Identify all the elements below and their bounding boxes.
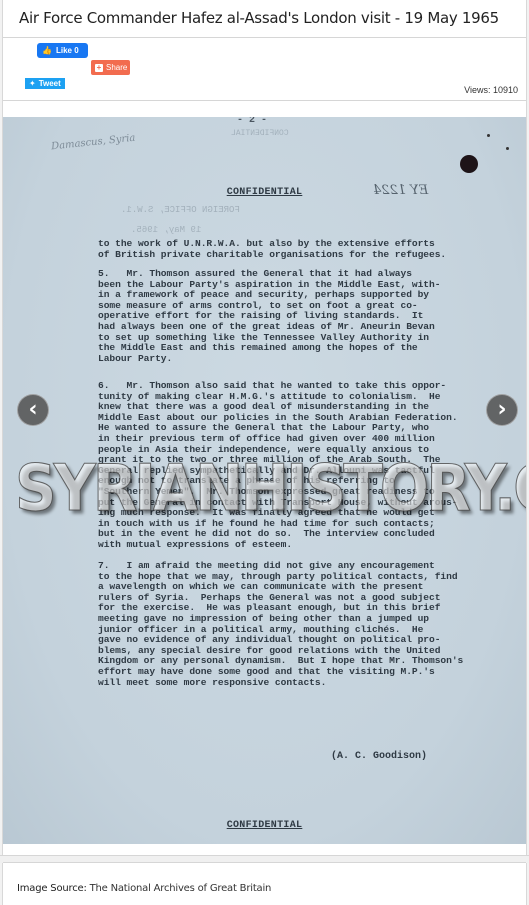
ink-dot bbox=[506, 147, 509, 150]
next-slide-button[interactable]: › bbox=[486, 394, 518, 426]
paragraph-5: 5. Mr. Thomson assured the General that … bbox=[98, 269, 503, 364]
document-image: - 2 - CONFIDENTIAL Damascus, Syria CONFI… bbox=[3, 117, 526, 844]
image-source: Image Source: The National Archives of G… bbox=[17, 883, 271, 894]
chevron-right-icon: › bbox=[497, 397, 506, 422]
title-bar: Air Force Commander Hafez al-Assad's Lon… bbox=[3, 0, 526, 38]
like-label: Like 0 bbox=[56, 43, 79, 58]
signature: (A. C. Goodison) bbox=[331, 751, 427, 762]
ghost-date: 19 May, 1965. bbox=[131, 225, 201, 235]
ink-dot bbox=[487, 134, 490, 137]
source-value: The National Archives of Great Britain bbox=[90, 883, 272, 894]
paragraph-7: 7. I am afraid the meeting did not give … bbox=[98, 561, 503, 688]
confidential-heading: CONFIDENTIAL bbox=[3, 187, 526, 198]
handwritten-note: Damascus, Syria bbox=[51, 133, 136, 153]
ink-blot bbox=[460, 155, 478, 173]
thumbs-up-icon: 👍 bbox=[42, 43, 52, 58]
previous-slide-button[interactable]: ‹ bbox=[17, 394, 49, 426]
facebook-like-button[interactable]: 👍 Like 0 bbox=[37, 43, 88, 58]
source-card: Image Source: The National Archives of G… bbox=[3, 862, 526, 905]
plus-icon: + bbox=[95, 64, 103, 72]
confidential-footer: CONFIDENTIAL bbox=[3, 820, 526, 831]
tweet-button[interactable]: ✦ Tweet bbox=[25, 78, 65, 89]
watermark: SYRIANHISTORY.COM bbox=[15, 451, 515, 526]
share-label: Share bbox=[106, 60, 127, 75]
twitter-bird-icon: ✦ bbox=[29, 78, 36, 89]
ghost-text: CONFIDENTIAL bbox=[231, 129, 289, 138]
source-label: Image Source: bbox=[17, 883, 90, 894]
paragraph-continuation: to the work of U.N.R.W.A. but also by th… bbox=[98, 239, 503, 260]
page-title: Air Force Commander Hafez al-Assad's Lon… bbox=[19, 9, 499, 27]
handwritten-reference: EY 1224 bbox=[373, 183, 428, 198]
share-button[interactable]: + Share bbox=[91, 60, 130, 75]
ghost-address: FOREIGN OFFICE, S.W.1. bbox=[121, 205, 240, 215]
tweet-label: Tweet bbox=[39, 78, 61, 89]
page: Air Force Commander Hafez al-Assad's Lon… bbox=[2, 0, 527, 905]
page-number: - 2 - bbox=[237, 117, 267, 126]
image-slider: - 2 - CONFIDENTIAL Damascus, Syria CONFI… bbox=[3, 117, 526, 844]
chevron-left-icon: ‹ bbox=[28, 397, 37, 422]
social-bar: 👍 Like 0 + Share ✦ Tweet Views: 10910 bbox=[3, 39, 526, 101]
views-count: Views: 10910 bbox=[464, 85, 518, 95]
